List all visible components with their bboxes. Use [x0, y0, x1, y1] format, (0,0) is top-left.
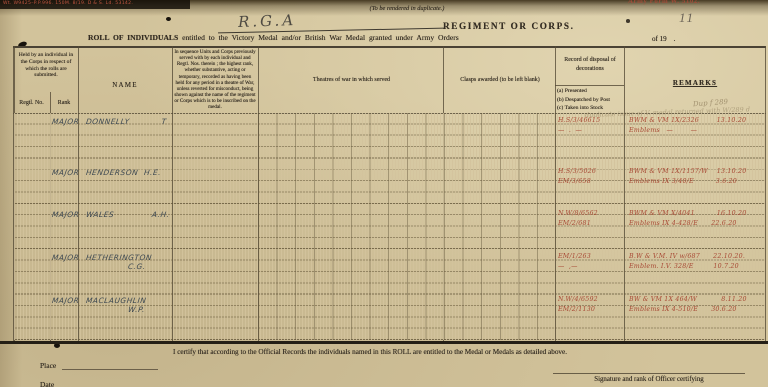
- rank-entry: Major: [51, 253, 79, 262]
- signature-label: Signature and rank of Officer certifying: [553, 376, 745, 383]
- disposal-ref-line2: EM/2/681: [558, 220, 591, 227]
- disposal-ref-line1: H.S/3/5026: [558, 168, 596, 175]
- regiment-handwritten: R.G.A: [238, 11, 297, 31]
- disposal-ref-line2: — ,—: [558, 263, 578, 270]
- roll-row: Major Hetherington C.G. EM/1/263 — ,— B.…: [0, 253, 768, 275]
- page-number-handwritten: 11: [679, 10, 695, 26]
- disposal-option-a: (a) Presented: [557, 88, 587, 94]
- disposal-ref-line2: — . —: [558, 127, 582, 134]
- place-fill-line: [62, 369, 158, 370]
- remarks-line2: Emblems IX 3/40/E 3.6.20: [629, 178, 737, 185]
- certification-statement: I certify that according to the Official…: [70, 348, 670, 356]
- remarks-header: REMARKS: [626, 79, 764, 87]
- roll-title: ROLL OF INDIVIDUALS entitled to the Vict…: [88, 33, 648, 42]
- duplicate-note: (To be rendered in duplicate.): [352, 5, 462, 12]
- remarks-line1: BWM & VM 1X/1157/W 13.10.20: [629, 168, 746, 175]
- disposal-box-divider: [555, 85, 624, 86]
- rank-entry: Major: [51, 210, 79, 219]
- disposal-ref-line2: EM/2/1130: [558, 306, 595, 313]
- remarks-line2: Emblems IX 4-428/E 22.6.20: [629, 220, 737, 227]
- theatres-header: Theatres of war in which served: [262, 77, 441, 83]
- roll-row: Major Donnelly T H.S/3/46615 — . — BWM &…: [0, 117, 768, 139]
- place-label: Place: [40, 361, 56, 370]
- name-entry: Wales A.H.: [85, 210, 170, 219]
- rank-entry: Major: [51, 117, 79, 126]
- table-bottom-border: [0, 341, 768, 344]
- disposal-ref-line2: EM/3/658: [558, 178, 591, 185]
- printer-imprint: Wt. W9425–P.P.996. 150M. 8/19. D & S. Ld…: [3, 1, 133, 6]
- remarks-line2: Emblem. I.V. 328/E 10.7.20: [629, 263, 739, 270]
- name-entry: Hetherington: [85, 253, 152, 262]
- roll-row: Major MacLaughlin W.P. N.W/4/6592 EM/2/1…: [0, 296, 768, 318]
- roll-row: Major Henderson H.E. H.S/3/5026 EM/3/658…: [0, 168, 768, 190]
- signature-line: [553, 373, 745, 374]
- name-entry: Henderson H.E.: [85, 168, 161, 177]
- disposal-ref-line1: N.W/8/6562: [558, 210, 598, 217]
- name-header: NAME: [80, 81, 170, 89]
- held-by-caption: Held by an individual in the Corps in re…: [16, 52, 76, 79]
- name-entry: Donnelly T: [85, 117, 167, 126]
- medal-roll-document: Wt. W9425–P.P.996. 150M. 8/19. D & S. Ld…: [0, 0, 768, 387]
- initials-entry: W.P.: [127, 305, 145, 314]
- ink-blot: [166, 17, 171, 21]
- roll-title-suffix: of 19 .: [652, 35, 675, 43]
- disposal-caption: Record of disposal of decorations: [558, 56, 622, 74]
- remarks-line2: Emblems — —: [629, 127, 697, 134]
- disposal-ref-line1: N.W/4/6592: [558, 296, 598, 303]
- roll-row: Major Wales A.H. N.W/8/6562 EM/2/681 BWM…: [0, 210, 768, 232]
- initials-entry: C.G.: [127, 262, 146, 271]
- clasps-header: Clasps awarded (to be left blank): [447, 77, 553, 83]
- ink-blot: [626, 19, 630, 23]
- disposal-ref-line1: H.S/3/46615: [558, 117, 600, 124]
- regtl-no-header: Regtl. No.: [14, 100, 49, 106]
- roll-title-rest: entitled to the Victory Medal and/or Bri…: [178, 33, 458, 42]
- regiment-corps-label: REGIMENT OR CORPS.: [443, 21, 575, 31]
- remarks-line1: BW & VM 1X 464/W 8.11.20: [629, 296, 747, 303]
- remarks-line2: Emblems IX 4-510/E 30.6.20: [629, 306, 737, 313]
- table-top-border: [13, 46, 766, 48]
- name-entry: MacLaughlin: [85, 296, 146, 305]
- roll-title-bold: ROLL OF INDIVIDUALS: [88, 33, 178, 42]
- units-caption: In sequence Units and Corps previously s…: [174, 49, 256, 111]
- disposal-option-b: (b) Despatched by Post: [557, 97, 610, 103]
- remarks-line1: BWM & VM 1X/2326 13.10.20: [629, 117, 746, 124]
- remarks-line1: B.W & V.M. IV w/687 22.10.20.: [629, 253, 745, 260]
- disposal-ref-line1: EM/1/263: [558, 253, 591, 260]
- remarks-line1: BWM & VM X/4041 16.10.20: [629, 210, 746, 217]
- rank-entry: Major: [51, 296, 79, 305]
- date-label: Date: [40, 380, 54, 387]
- rank-entry: Major: [51, 168, 79, 177]
- form-number: Army Form W. 5102.: [628, 0, 700, 5]
- rank-header: Rank: [51, 100, 77, 106]
